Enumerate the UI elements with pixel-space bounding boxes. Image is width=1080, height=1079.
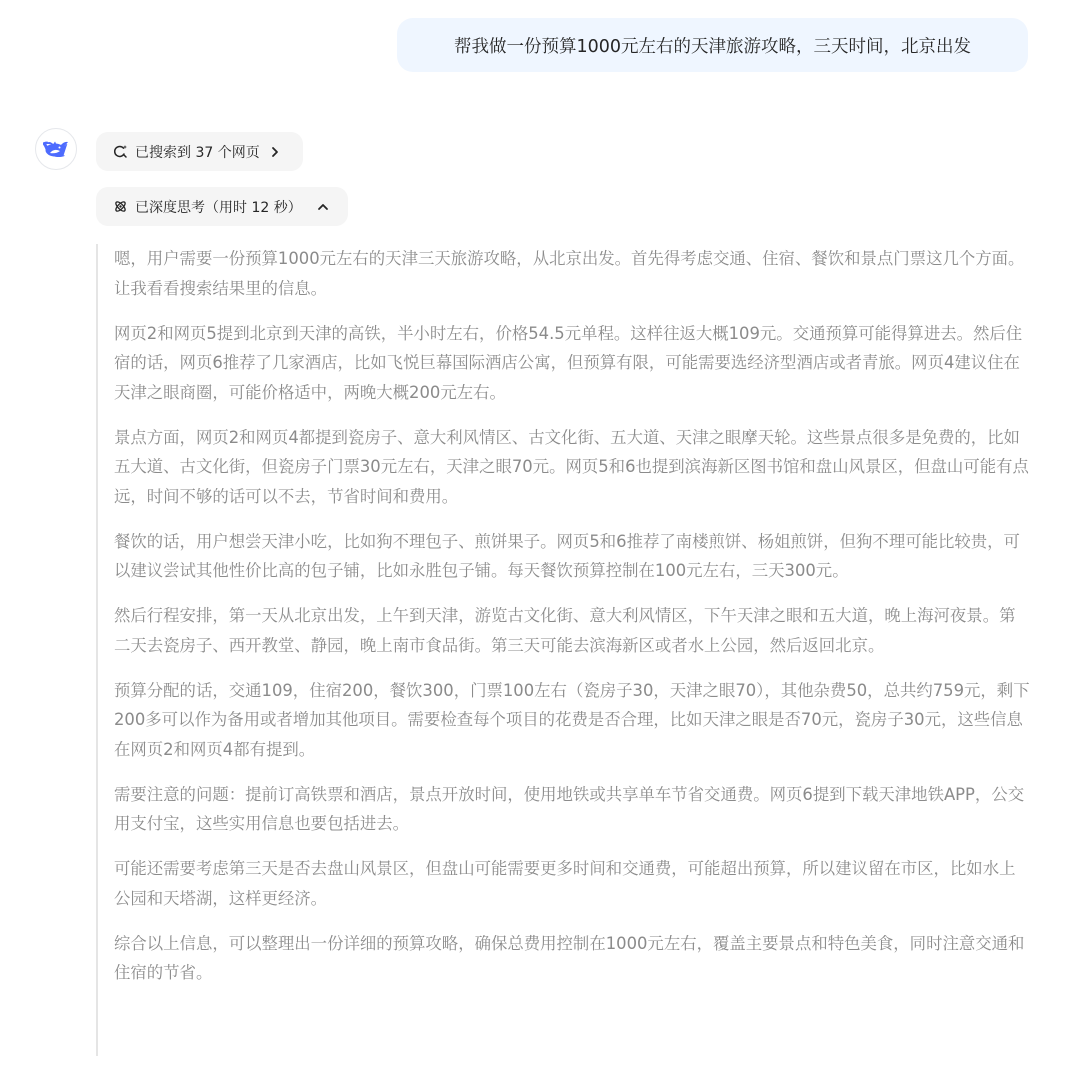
atom-icon: [112, 199, 128, 215]
deep-think-chip[interactable]: 已深度思考（用时 12 秒）: [96, 187, 348, 226]
thinking-paragraph: 餐饮的话，用户想尝天津小吃，比如狗不理包子、煎饼果子。网页5和6推荐了南楼煎饼、…: [114, 527, 1031, 586]
deep-think-label: 已深度思考（用时 12 秒）: [135, 197, 302, 217]
chevron-up-icon: [316, 200, 330, 214]
thinking-paragraph: 预算分配的话，交通109，住宿200，餐饮300，门票100左右（瓷房子30，天…: [114, 676, 1031, 765]
deepseek-whale-logo-icon: [43, 138, 69, 160]
thinking-paragraph: 可能还需要考虑第三天是否去盘山风景区，但盘山可能需要更多时间和交通费，可能超出预…: [114, 854, 1031, 913]
search-results-chip[interactable]: 已搜索到 37 个网页: [96, 132, 303, 171]
thinking-paragraph: 景点方面，网页2和网页4都提到瓷房子、意大利风情区、古文化街、五大道、天津之眼摩…: [114, 423, 1031, 512]
assistant-avatar: [35, 128, 77, 170]
chevron-right-icon: [268, 145, 282, 159]
thinking-paragraph: 综合以上信息，可以整理出一份详细的预算攻略，确保总费用控制在1000元左右，覆盖…: [114, 929, 1031, 988]
user-message-bubble: 帮我做一份预算1000元左右的天津旅游攻略，三天时间，北京出发: [397, 18, 1028, 72]
thinking-paragraph: 网页2和网页5提到北京到天津的高铁，半小时左右，价格54.5元单程。这样往返大概…: [114, 319, 1031, 408]
search-sparkle-icon: [112, 144, 128, 160]
thinking-content: 嗯，用户需要一份预算1000元左右的天津三天旅游攻略，从北京出发。首先得考虑交通…: [96, 244, 1031, 1056]
search-results-label: 已搜索到 37 个网页: [135, 142, 260, 162]
thinking-paragraph: 需要注意的问题：提前订高铁票和酒店，景点开放时间，使用地铁或共享单车节省交通费。…: [114, 780, 1031, 839]
thinking-paragraph: 嗯，用户需要一份预算1000元左右的天津三天旅游攻略，从北京出发。首先得考虑交通…: [114, 244, 1031, 303]
user-message-text: 帮我做一份预算1000元左右的天津旅游攻略，三天时间，北京出发: [454, 33, 971, 58]
thinking-paragraph: 然后行程安排，第一天从北京出发，上午到天津，游览古文化街、意大利风情区，下午天津…: [114, 601, 1031, 660]
